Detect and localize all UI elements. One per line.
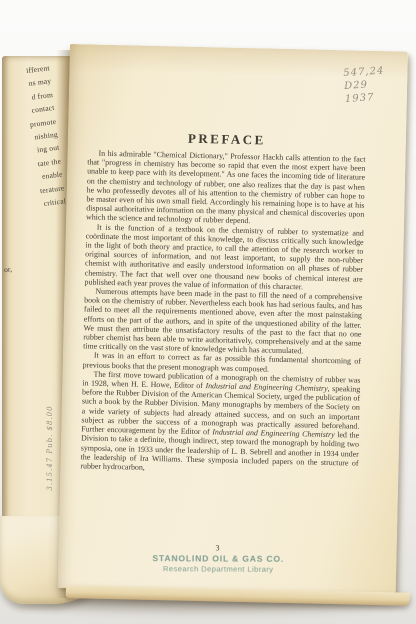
stamp-org-name: STANOLIND OIL & GAS CO. bbox=[113, 553, 323, 564]
paragraph-segment: In his admirable "Chemical Dictionary," … bbox=[86, 149, 366, 226]
book-photo: ifferentns mayd fromcontactpromotenishin… bbox=[0, 0, 416, 624]
library-stamp: STANOLIND OIL & GAS CO. Research Departm… bbox=[113, 553, 323, 574]
preface-page: 547,24 D29 1937 PREFACE In his admirable… bbox=[58, 44, 408, 596]
preface-paragraph: The first move toward publication of a m… bbox=[80, 369, 360, 477]
call-number-note: 547,24 D29 1937 bbox=[343, 64, 386, 106]
call-number-line: 1937 bbox=[345, 90, 387, 106]
preface-text: In his admirable "Chemical Dictionary," … bbox=[80, 148, 365, 476]
preface-paragraph: It is the function of a textbook on the … bbox=[85, 222, 364, 293]
page-title: PREFACE bbox=[88, 128, 366, 150]
margin-note: 3.15.47 Pub. $8.00 bbox=[46, 382, 54, 514]
paragraph-segment: It is the function of a textbook on the … bbox=[85, 222, 364, 291]
paragraph-segment: Numerous attempts have been made in the … bbox=[83, 287, 362, 356]
preface-paragraph: Numerous attempts have been made in the … bbox=[83, 286, 362, 357]
stamp-dept-name: Research Department Library bbox=[113, 564, 323, 574]
preface-paragraph: In his admirable "Chemical Dictionary," … bbox=[86, 148, 366, 228]
